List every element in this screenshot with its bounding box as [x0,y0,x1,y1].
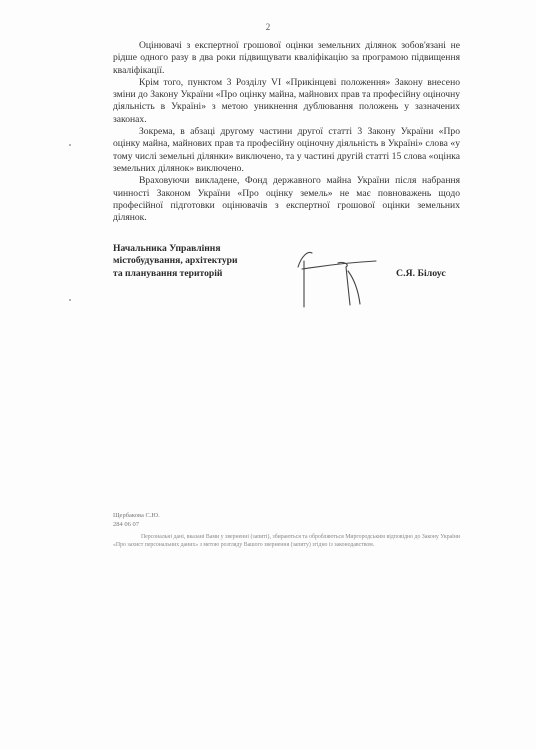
signatory-name: С.Я. Білоус [396,268,446,279]
letter-body: Оцінювачі з експертної грошової оцінки з… [113,40,460,224]
executor-name: Щербакова С.Ю. [113,511,160,520]
scan-artifact [69,299,71,301]
scan-artifact [69,144,71,146]
document-page: 2 Оцінювачі з експертної грошової оцінки… [0,0,536,750]
paragraph: Крім того, пунктом 3 Розділу VI «Прикінц… [113,77,460,126]
executor-info: Щербакова С.Ю. 284 06 07 [113,511,160,529]
signature-block: Начальника Управління містобудування, ар… [113,243,463,313]
page-number: 2 [0,22,536,32]
paragraph: Враховуючи викладене, Фонд державного ма… [113,175,460,224]
privacy-note-text: Персональні дані, вказані Вами у звернен… [113,533,460,549]
executor-phone: 284 06 07 [113,520,160,529]
paragraph: Зокрема, в абзаці другому частини другої… [113,126,460,175]
paragraph: Оцінювачі з експертної грошової оцінки з… [113,40,460,77]
handwritten-signature-icon [288,249,388,309]
privacy-note: Персональні дані, вказані Вами у звернен… [113,533,460,549]
